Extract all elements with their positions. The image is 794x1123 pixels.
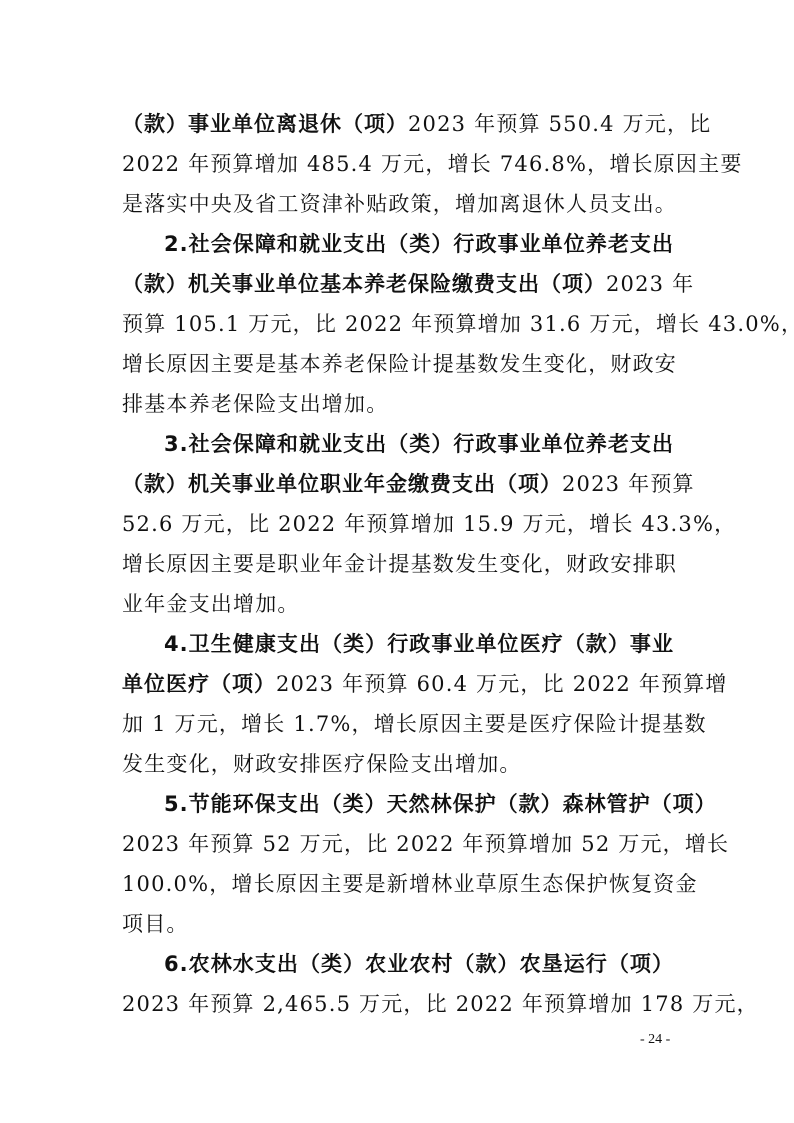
text-line: 业年金支出增加。 — [122, 584, 674, 624]
item-heading-line: 3.社会保障和就业支出（类）行政事业单位养老支出 — [122, 424, 674, 464]
item-heading: 5.节能环保支出（类）天然林保护（款）森林管护（项） — [164, 792, 717, 816]
text-line: 2023 年预算 52 万元，比 2022 年预算增加 52 万元，增长 — [122, 824, 674, 864]
item-heading: （款）机关事业单位职业年金缴费支出（项） — [122, 472, 562, 496]
text-line: 项目。 — [122, 904, 674, 944]
item-heading: 3.社会保障和就业支出（类）行政事业单位养老支出 — [164, 432, 674, 456]
text-line: 增长原因主要是基本养老保险计提基数发生变化，财政安 — [122, 344, 674, 384]
item-heading-line: 5.节能环保支出（类）天然林保护（款）森林管护（项） — [122, 784, 674, 824]
paragraph-item-6: 6.农林水支出（类）农业农村（款）农垦运行（项） 2023 年预算 2,465.… — [122, 944, 674, 1024]
item-heading: 4.卫生健康支出（类）行政事业单位医疗（款）事业 — [164, 632, 674, 656]
item-text: 2023 年预算 550.4 万元，比 — [408, 112, 711, 136]
text-line: 预算 105.1 万元，比 2022 年预算增加 31.6 万元，增长 43.0… — [122, 304, 674, 344]
paragraph-item-5: 5.节能环保支出（类）天然林保护（款）森林管护（项） 2023 年预算 52 万… — [122, 784, 674, 944]
item-heading: （款）事业单位离退休（项） — [122, 112, 408, 136]
text-line: 排基本养老保险支出增加。 — [122, 384, 674, 424]
item-heading-line: 6.农林水支出（类）农业农村（款）农垦运行（项） — [122, 944, 674, 984]
item-heading: 6.农林水支出（类）农业农村（款）农垦运行（项） — [164, 952, 674, 976]
document-page: （款）事业单位离退休（项）2023 年预算 550.4 万元，比 2022 年预… — [122, 104, 674, 1024]
item-text: 2023 年预算 60.4 万元，比 2022 年预算增 — [276, 672, 728, 696]
text-line: 增长原因主要是职业年金计提基数发生变化，财政安排职 — [122, 544, 674, 584]
text-line: 发生变化，财政安排医疗保险支出增加。 — [122, 744, 674, 784]
text-line: 2022 年预算增加 485.4 万元，增长 746.8%，增长原因主要 — [122, 144, 674, 184]
paragraph-item-3: 3.社会保障和就业支出（类）行政事业单位养老支出 （款）机关事业单位职业年金缴费… — [122, 424, 674, 624]
page-number: - 24 - — [640, 1032, 670, 1048]
text-line: 单位医疗（项）2023 年预算 60.4 万元，比 2022 年预算增 — [122, 664, 674, 704]
item-text: 2023 年 — [606, 272, 694, 296]
text-line: 加 1 万元，增长 1.7%，增长原因主要是医疗保险计提基数 — [122, 704, 674, 744]
text-line: 是落实中央及省工资津补贴政策，增加离退休人员支出。 — [122, 184, 674, 224]
item-text: 2023 年预算 — [562, 472, 695, 496]
text-line: 2023 年预算 2,465.5 万元，比 2022 年预算增加 178 万元， — [122, 984, 674, 1024]
item-heading-line: 2.社会保障和就业支出（类）行政事业单位养老支出 — [122, 224, 674, 264]
text-line: （款）机关事业单位职业年金缴费支出（项）2023 年预算 — [122, 464, 674, 504]
text-line: （款）机关事业单位基本养老保险缴费支出（项）2023 年 — [122, 264, 674, 304]
item-heading: 2.社会保障和就业支出（类）行政事业单位养老支出 — [164, 232, 674, 256]
text-line: 100.0%，增长原因主要是新增林业草原生态保护恢复资金 — [122, 864, 674, 904]
text-line: （款）事业单位离退休（项）2023 年预算 550.4 万元，比 — [122, 104, 674, 144]
paragraph-retirement: （款）事业单位离退休（项）2023 年预算 550.4 万元，比 2022 年预… — [122, 104, 674, 224]
item-heading: 单位医疗（项） — [122, 672, 276, 696]
item-heading-line: 4.卫生健康支出（类）行政事业单位医疗（款）事业 — [122, 624, 674, 664]
paragraph-item-2: 2.社会保障和就业支出（类）行政事业单位养老支出 （款）机关事业单位基本养老保险… — [122, 224, 674, 424]
paragraph-item-4: 4.卫生健康支出（类）行政事业单位医疗（款）事业 单位医疗（项）2023 年预算… — [122, 624, 674, 784]
item-heading: （款）机关事业单位基本养老保险缴费支出（项） — [122, 272, 606, 296]
text-line: 52.6 万元，比 2022 年预算增加 15.9 万元，增长 43.3%， — [122, 504, 674, 544]
